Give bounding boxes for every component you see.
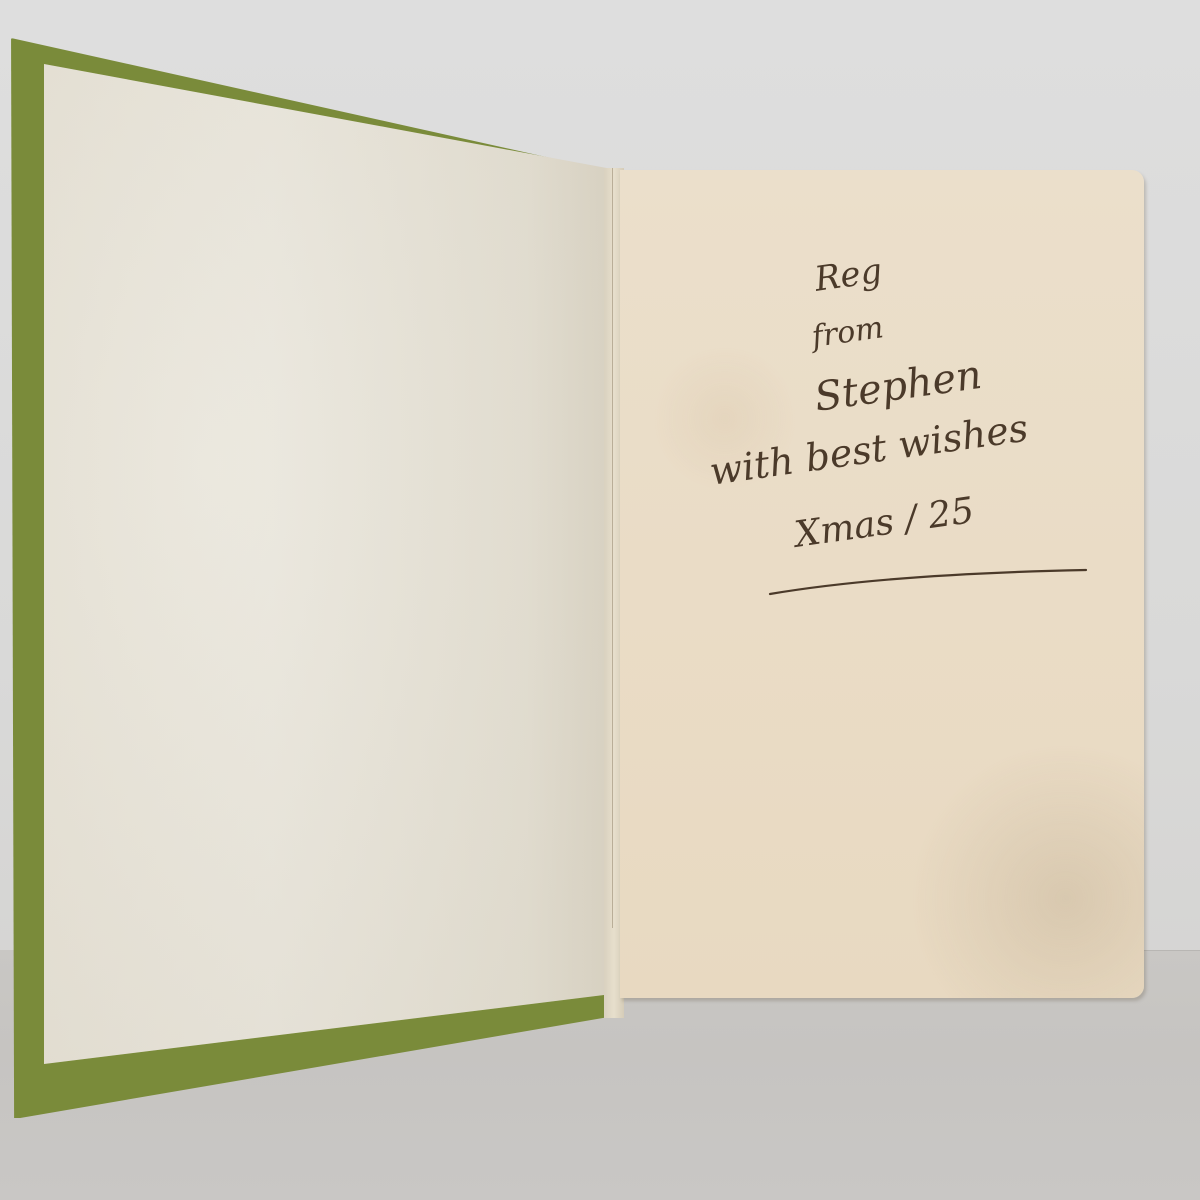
inscription-line-from: from bbox=[810, 310, 886, 355]
table-edge bbox=[1140, 950, 1200, 951]
inscription-underline bbox=[768, 568, 1088, 598]
inscription-line-wishes: with best wishes bbox=[707, 406, 1031, 494]
hinge-crease bbox=[612, 168, 613, 928]
pastedown-shading bbox=[44, 64, 612, 1064]
inscription-line-recipient: Reg bbox=[812, 251, 884, 300]
inscription-line-signature: Stephen bbox=[812, 352, 985, 421]
inscription-line-date: Xmas / 25 bbox=[792, 490, 976, 556]
handwritten-inscription: Reg from Stephen with best wishes Xmas /… bbox=[700, 250, 1120, 610]
